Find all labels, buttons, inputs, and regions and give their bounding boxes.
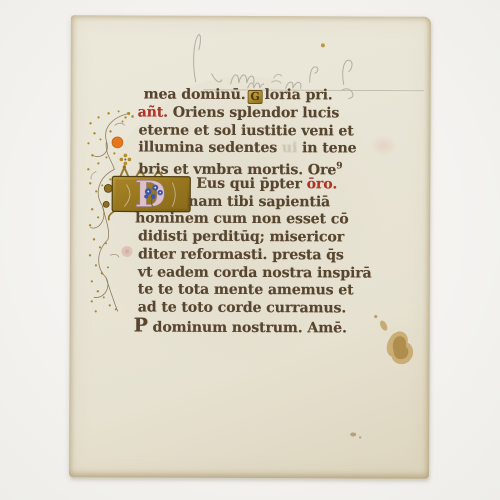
text-line: mea dominū.Gloria pri. — [135, 86, 437, 105]
text-segment: eterne et sol iustitie veni et — [138, 122, 353, 139]
text-segment: loria pri. — [265, 87, 333, 103]
text-line: te te tota mente amemus et — [134, 282, 436, 301]
text-line: bris et vmbra mortis. Ore9 — [134, 157, 436, 176]
text-segment: dominum nostrum. Amē. — [148, 319, 347, 336]
text-segment: te te tota mente amemus et — [138, 282, 354, 299]
text-segment: nam tibi sapientiā — [188, 193, 330, 210]
text-line: añt. Oriens splendor lucis — [135, 104, 437, 123]
text-segment: mea dominū. — [144, 87, 246, 103]
pen-trials-sketch-icon — [186, 24, 431, 97]
text-line: diter reformasti. presta q̄s — [134, 246, 436, 265]
gilded-initial-icon: G — [247, 90, 262, 104]
text-line: vt eadem corda nostra inspirā — [134, 264, 436, 283]
rubric-segment: ōro. — [307, 176, 338, 192]
text-segment: didisti perditūq; misericor — [138, 229, 344, 246]
text-segment: Eus qui p̄pter — [196, 176, 306, 192]
text-block: mea dominū.Gloria pri.añt. Oriens splend… — [134, 86, 437, 336]
pink-flower-icon — [121, 246, 132, 257]
text-segment: vt eadem corda nostra inspirā — [138, 264, 372, 281]
rubric-segment: añt. — [138, 104, 168, 120]
manuscript-leaf: D mea dominū.Gloria pri.añt. Oriens sple… — [69, 15, 431, 479]
gold-sprig-icon — [124, 112, 134, 119]
text-segment: illumina sedentes — [138, 140, 281, 157]
text-segment: 9 — [336, 161, 342, 171]
text-segment: hominem cum non esset cō — [135, 211, 349, 228]
text-segment: diter reformasti. presta q̄s — [138, 246, 344, 263]
text-segment: ui — [282, 140, 297, 156]
ink-stain — [365, 315, 425, 385]
text-segment: P — [134, 314, 148, 336]
pink-smudge — [368, 135, 398, 157]
text-line: didisti perditūq; misericor — [134, 228, 436, 247]
orange-disc-icon — [112, 137, 123, 148]
photo-background: D mea dominū.Gloria pri.añt. Oriens sple… — [0, 0, 500, 500]
text-segment: in tene — [297, 140, 356, 156]
text-segment: Oriens splendor lucis — [168, 104, 339, 121]
stain-speck — [347, 430, 365, 440]
text-line: Eus qui p̄pter ōro. — [134, 175, 436, 194]
text-line: hominem cum non esset cō — [134, 211, 436, 230]
gold-fleck-icon — [320, 42, 326, 48]
text-line: nam tibi sapientiā — [134, 193, 436, 212]
text-segment: ad te toto corde curramus. — [138, 300, 347, 317]
